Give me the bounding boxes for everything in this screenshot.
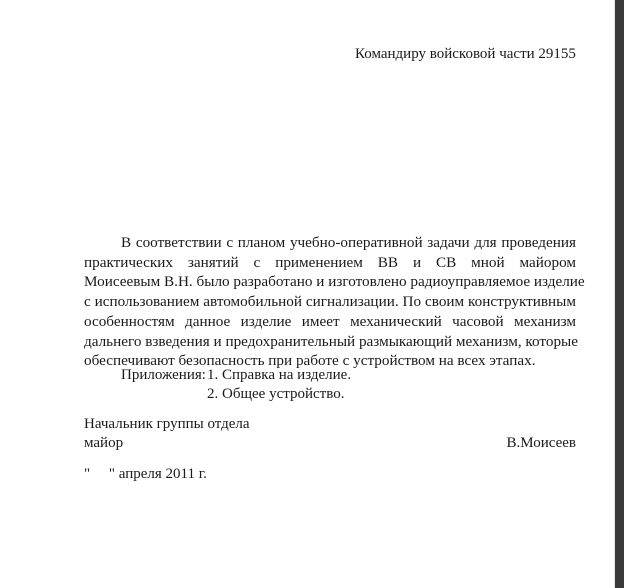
attachments-block: Приложения:1. Справка на изделие. 2. Общ… [121,366,351,404]
attachment-item: 1. Справка на изделие. [207,367,351,383]
attachments-label: Приложения: [121,366,207,385]
body-line: Моисеевым В.Н. было разработано и изгото… [84,272,576,292]
body-paragraph: В соответствии с планом учебно-оперативн… [84,233,576,371]
window-edge-strip [614,0,624,588]
body-line: особенностям данное изделие имеет механи… [84,312,576,332]
attachment-item: 2. Общее устройство. [207,386,344,402]
signature-block: Начальник группы отдела майор В.Моисеев [84,415,576,453]
signature-name: В.Моисеев [507,434,577,453]
signature-position-row: Начальник группы отдела [84,415,576,434]
signature-rank-row: майор В.Моисеев [84,434,576,453]
body-line: с использованием автомобильной сигнализа… [84,292,576,312]
body-line: В соответствии с планом учебно-оперативн… [84,233,576,253]
addressee-line: Командиру войсковой части 29155 [355,46,576,63]
date-line: " " апреля 2011 г. [84,466,207,483]
body-line: практических занятий с применением ВВ и … [84,253,576,273]
attachment-row: Приложения:1. Справка на изделие. [121,366,351,385]
document-page: Командиру войсковой части 29155 В соотве… [0,0,614,588]
attachment-row: 2. Общее устройство. [121,385,351,404]
body-line: дальнего взведения и предохранительный р… [84,332,576,352]
signature-position: Начальник группы отдела [84,416,250,432]
signature-rank: майор [84,435,123,451]
